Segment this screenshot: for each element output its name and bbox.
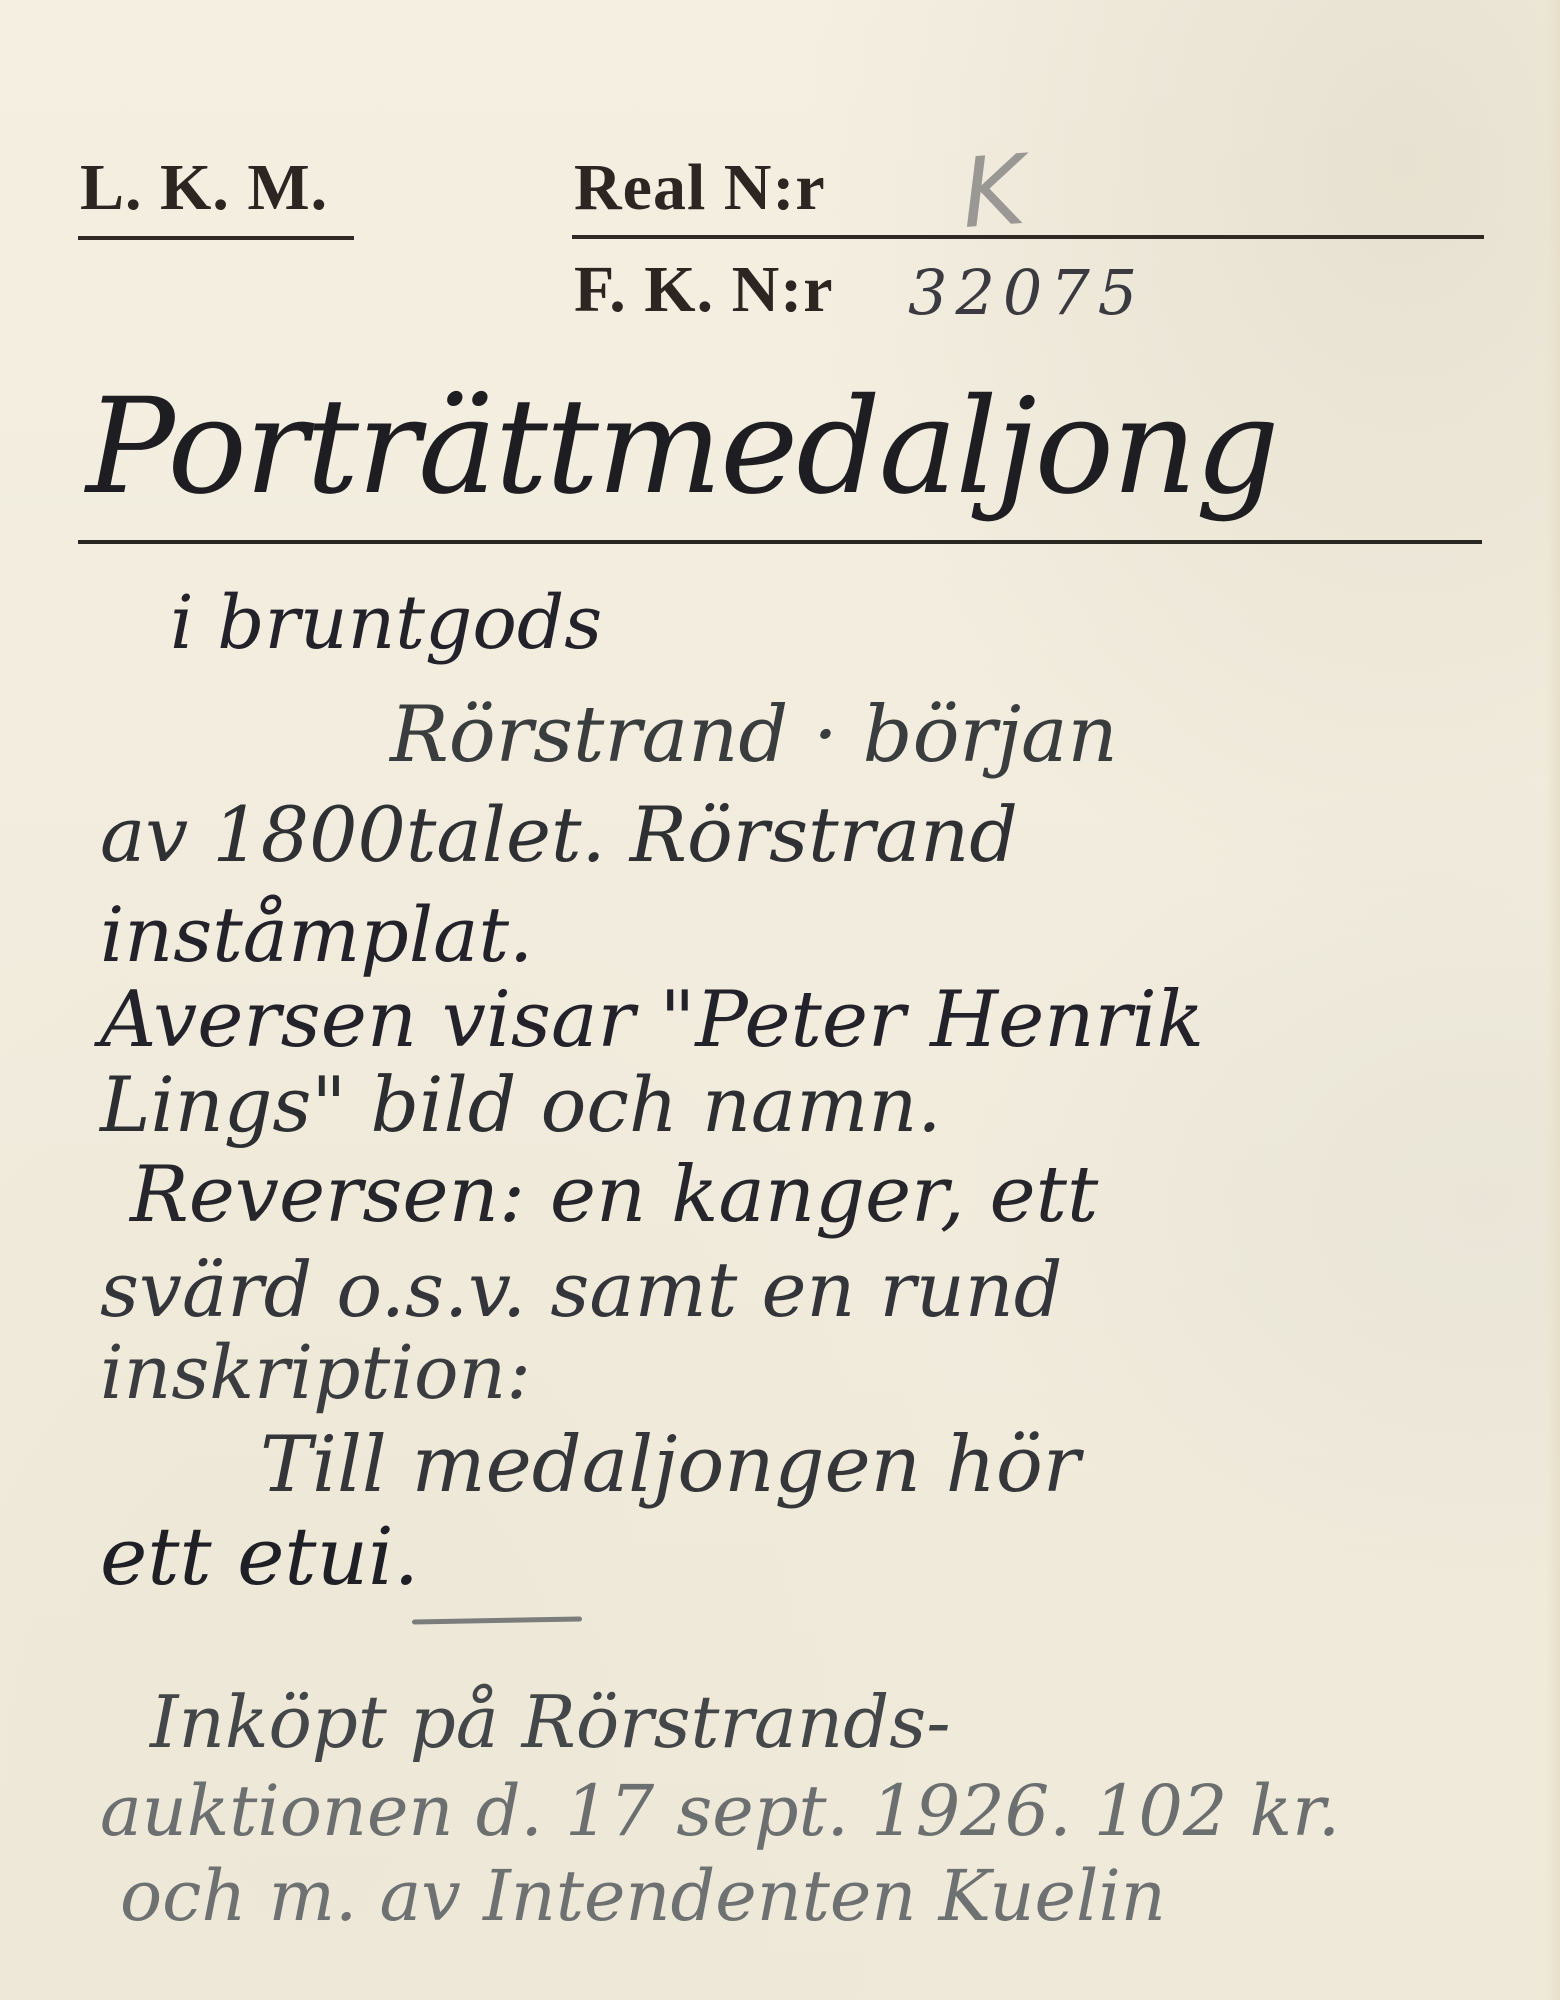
description-line: svärd o.s.v. samt en rund	[100, 1245, 1062, 1334]
institution-underline	[78, 236, 354, 240]
real-number-label: Real N:r	[574, 150, 826, 226]
description-line: Reversen: en kanger, ett	[130, 1150, 1098, 1240]
institution-label: L. K. M.	[80, 150, 328, 226]
acquisition-line: auktionen d. 17 sept. 1926. 102 kr.	[100, 1770, 1340, 1852]
catalog-card: L. K. M. Real N:r K F. K. N:r 32075 Port…	[0, 0, 1560, 2000]
fk-number-value: 32075	[908, 256, 1145, 329]
acquisition-line: och m. av Intendenten Kuelin	[120, 1855, 1166, 1937]
description-line: i bruntgods	[170, 580, 602, 666]
paper-edge	[1546, 0, 1560, 2000]
description-line: ett etui.	[100, 1510, 419, 1603]
description-line: Lings" bild och namn.	[100, 1060, 941, 1149]
description-line: av 1800talet. Rörstrand	[100, 790, 1018, 879]
fk-number-label: F. K. N:r	[574, 252, 834, 328]
object-title: Porträttmedaljong	[86, 370, 1278, 524]
description-line: Till medaljongen hör	[260, 1420, 1080, 1510]
acquisition-line: Inköpt på Rörstrands-	[150, 1680, 951, 1764]
header-rule	[572, 235, 1484, 239]
description-line: Aversen visar "Peter Henrik	[100, 975, 1204, 1065]
title-rule	[78, 540, 1482, 544]
real-number-value: K	[958, 134, 1029, 250]
description-line: inskription:	[100, 1330, 531, 1416]
description-line: inståmplat.	[100, 890, 533, 979]
description-line: Rörstrand · början	[390, 690, 1118, 780]
section-separator	[412, 1617, 582, 1625]
